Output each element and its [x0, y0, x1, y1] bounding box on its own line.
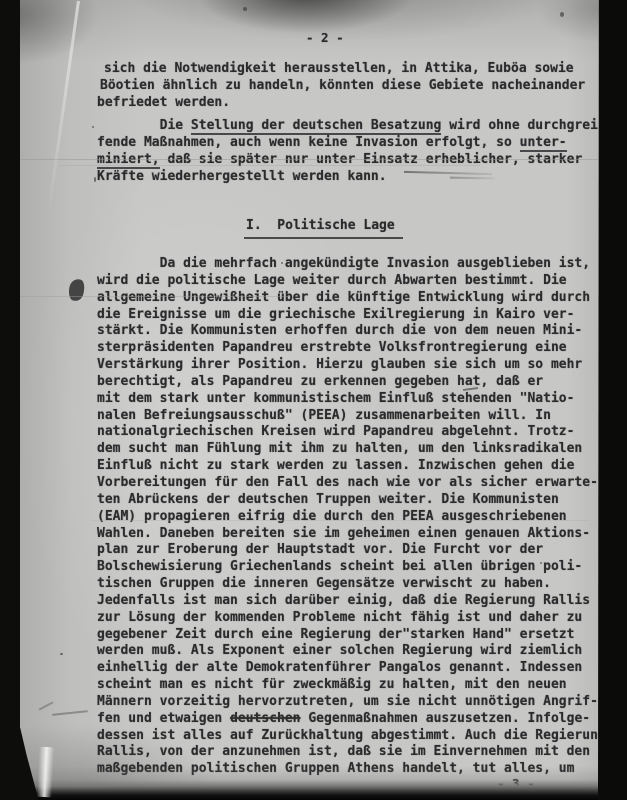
dust-speck	[243, 7, 247, 11]
typed-text-line: zur Lösung der kommenden Probleme nicht …	[97, 610, 606, 627]
typed-text-line: befriedet werden.	[97, 95, 585, 112]
scan-edge-left	[0, 0, 20, 800]
text-segment: dem sucht man Fühlung mit ihm zu halten,…	[97, 441, 582, 456]
text-segment: zur Lösung der kommenden Probleme nicht …	[97, 610, 582, 625]
fold-crease-line	[20, 159, 598, 160]
text-segment: Einfluß nicht zu stark werden zu lassen.…	[97, 458, 574, 473]
scan-edge-right	[598, 0, 627, 800]
typed-text-line: Verstärkung ihrer Position. Hierzu glaub…	[97, 357, 606, 374]
text-segment: Die	[97, 118, 191, 133]
text-segment: Rallis, von der anzunehmen ist, daß sie …	[97, 744, 590, 759]
text-segment: Männern vorzeitig hervorzutreten, um sie…	[97, 694, 598, 709]
text-segment: befriedet werden.	[97, 95, 230, 110]
text-segment: Vorbereitungen für den Fall des nach wie…	[97, 475, 598, 490]
text-segment: Wahlen. Daneben bereiten sie im geheimen…	[97, 526, 590, 541]
text-segment: Böotien ähnlich zu handeln, könnten dies…	[100, 78, 585, 93]
typed-text-line: dessen ist alles auf Zurückhaltung abges…	[97, 728, 606, 745]
typed-text-line: allgemeine Ungewißheit über die künftige…	[97, 290, 606, 307]
typed-text-line: miniert, daß sie später nur unter Einsat…	[97, 152, 606, 169]
text-segment: mit dem stark unter kommunistischem Einf…	[97, 391, 574, 406]
dust-speck	[92, 126, 94, 128]
typed-text-line: mit dem stark unter kommunistischem Einf…	[97, 391, 606, 408]
text-segment: werden muß. Als Exponent einer solchen R…	[97, 643, 582, 658]
text-segment: allgemeine Ungewißheit über die künftige…	[97, 290, 590, 305]
text-segment: sterpräsidenten Papandreu erstrebte Volk…	[97, 340, 567, 355]
text-segment: scheint man es nicht für zweckmäßig zu h…	[97, 677, 567, 692]
typed-text-line: Männern vorzeitig hervorzutreten, um sie…	[97, 694, 606, 711]
dust-speck	[94, 177, 96, 182]
fold-crease-line	[90, 520, 590, 521]
typed-text-line: die Ereignisse um die griechische Exilre…	[97, 307, 606, 324]
typed-text-line: nationalgriechischen Kreisen wird Papand…	[97, 424, 606, 441]
text-segment: Da die mehrfach angekündigte Invasion au…	[97, 256, 590, 271]
text-segment: Gegenmaßnahmen auszusetzen. Infolge-	[301, 711, 591, 726]
typed-text-line: Kräfte wiederhergestellt werden kann.	[97, 169, 606, 186]
typed-text-line: Wahlen. Daneben bereiten sie im geheimen…	[97, 526, 606, 543]
scanned-document-page: - 2 - - 3 - sich die Notwendigkeit herau…	[0, 0, 627, 800]
page-edge-highlight	[37, 747, 55, 798]
typed-text-line: plan zur Eroberung der Hauptstadt vor. D…	[97, 542, 606, 559]
underlined-text: Stellung der deutschen Besatzung	[191, 118, 441, 133]
text-segment: wird ohne durchgrei-	[441, 118, 605, 133]
scan-edge-bottom	[0, 766, 627, 800]
text-segment: fende Maßnahmen, auch wenn keine Invasio…	[97, 135, 520, 150]
typed-text-line: Bolschewisierung Griechenlands scheint b…	[97, 559, 606, 576]
paragraph-continuation: sich die Notwendigkeit herausstellen, in…	[97, 61, 585, 112]
text-segment: Verstärkung ihrer Position. Hierzu glaub…	[97, 357, 582, 372]
text-segment: wird die politische Lage weiter durch Ab…	[97, 273, 567, 288]
text-segment: Jedenfalls ist man sich darüber einig, d…	[97, 593, 590, 608]
text-segment: einhellig der alte Demokratenführer Pang…	[97, 660, 582, 675]
page-number-top: - 2 -	[306, 30, 344, 45]
typed-text-line: sterpräsidenten Papandreu erstrebte Volk…	[97, 340, 606, 357]
text-segment: nationalgriechischen Kreisen wird Papand…	[97, 424, 574, 439]
typed-text-line: sich die Notwendigkeit herausstellen, in…	[104, 61, 585, 78]
fold-crease-line	[60, 165, 480, 166]
dust-speck	[266, 88, 268, 90]
typed-text-line: nalen Befreiungsausschuß" (PEEA) zusamme…	[97, 408, 606, 425]
underlined-text: unter-	[520, 135, 567, 150]
typed-text-line: wird die politische Lage weiter durch Ab…	[97, 273, 606, 290]
typed-text-line: berechtigt, als Papandreu zu erkennen ge…	[97, 374, 606, 391]
text-segment: gegebener Zeit durch eine Regierung der"…	[97, 627, 574, 642]
typed-text-line: Die Stellung der deutschen Besatzung wir…	[97, 118, 606, 135]
section-heading-politische-lage: I. Politische Lage	[244, 218, 403, 239]
text-segment: ten Abrückens der deutschen Truppen weit…	[97, 492, 559, 507]
text-segment: fen und etwaigen	[97, 711, 230, 726]
dust-speck	[60, 653, 63, 655]
text-segment: plan zur Eroberung der Hauptstadt vor. D…	[97, 542, 543, 557]
typed-text-line: Einfluß nicht zu stark werden zu lassen.…	[97, 458, 606, 475]
typed-text-line: Da die mehrfach angekündigte Invasion au…	[97, 256, 606, 273]
text-segment: sich die Notwendigkeit herausstellen, in…	[104, 61, 574, 76]
text-segment: tischen Gruppen die inneren Gegensätze v…	[97, 576, 551, 591]
typed-text-line: gegebener Zeit durch eine Regierung der"…	[97, 627, 606, 644]
typed-text-line: ten Abrückens der deutschen Truppen weit…	[97, 492, 606, 509]
typed-text-line: fende Maßnahmen, auch wenn keine Invasio…	[97, 135, 606, 152]
typed-text-line: stärkt. Die Kommunisten erhoffen durch d…	[97, 323, 606, 340]
typed-text-line: Böotien ähnlich zu handeln, könnten dies…	[100, 78, 585, 95]
typed-text-line: Rallis, von der anzunehmen ist, daß sie …	[97, 744, 606, 761]
typed-text-line: tischen Gruppen die inneren Gegensätze v…	[97, 576, 606, 593]
text-segment: stärkt. Die Kommunisten erhoffen durch d…	[97, 323, 582, 338]
paragraph-occupation-status: Die Stellung der deutschen Besatzung wir…	[97, 118, 606, 185]
text-segment: dessen ist alles auf Zurückhaltung abges…	[97, 728, 606, 743]
typed-text-line: Vorbereitungen für den Fall des nach wie…	[97, 475, 606, 492]
text-segment: die Ereignisse um die griechische Exilre…	[97, 307, 574, 322]
dust-speck	[540, 562, 542, 564]
typed-text-line: fen und etwaigen deutschen Gegenmaßnahme…	[97, 711, 606, 728]
paragraph-political-situation: Da die mehrfach angekündigte Invasion au…	[97, 256, 606, 778]
typed-text-line: einhellig der alte Demokratenführer Pang…	[97, 660, 606, 677]
typed-text-line: Jedenfalls ist man sich darüber einig, d…	[97, 593, 606, 610]
struck-through-text: deutschen	[230, 711, 300, 726]
text-segment: (EAM) propagieren eifrig die durch den P…	[97, 509, 567, 524]
typed-text-line: dem sucht man Fühlung mit ihm zu halten,…	[97, 441, 606, 458]
text-segment: Kräfte wiederhergestellt werden kann.	[97, 169, 387, 184]
dust-speck	[560, 12, 564, 17]
text-segment: Bolschewisierung Griechenlands scheint b…	[97, 559, 582, 574]
typed-text-line: scheint man es nicht für zweckmäßig zu h…	[97, 677, 606, 694]
typed-text-line: werden muß. Als Exponent einer solchen R…	[97, 643, 606, 660]
typed-text-line: (EAM) propagieren eifrig die durch den P…	[97, 509, 606, 526]
dust-speck	[281, 262, 283, 264]
fold-crease-line	[20, 296, 290, 297]
text-segment: nalen Befreiungsausschuß" (PEEA) zusamme…	[97, 408, 551, 423]
